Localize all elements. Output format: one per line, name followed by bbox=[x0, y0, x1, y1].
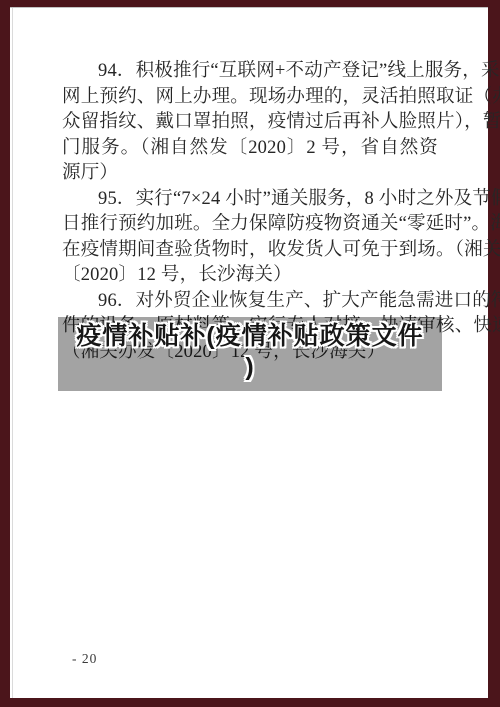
document-page: 94．积极推行“互联网+不动产登记”线上服务，采取网上预约、网上办理。现场办理的… bbox=[10, 7, 488, 698]
text-line: 众留指纹、戴口罩拍照，疫情过后再补人脸照片），暂缓上 bbox=[62, 110, 438, 136]
watermark-title-line2: ) bbox=[58, 352, 442, 383]
text-line: 在疫情期间查验货物时，收发货人可免于到场。（湘关办发 bbox=[62, 238, 438, 264]
watermark-title: 疫情补贴补(疫情补贴政策文件 ) bbox=[58, 321, 442, 383]
watermark-title-line1: 疫情补贴补(疫情补贴政策文件 bbox=[58, 321, 442, 352]
text-line: 日推行预约加班。全力保障防疫物资通关“零延时”。海关 bbox=[62, 212, 438, 238]
page-number: - 20 bbox=[72, 651, 97, 667]
text-line: 门服务。（湘自然发〔2020〕2 号，省自然资源厅） bbox=[62, 136, 438, 187]
text-line: 95．实行“7×24 小时”通关服务，8 小时之外及节假 bbox=[62, 187, 438, 213]
text-line: 〔2020〕12 号，长沙海关） bbox=[62, 263, 438, 289]
text-line: 96．对外贸企业恢复生产、扩大产能急需进口的符合条 bbox=[62, 289, 438, 315]
maroon-surround: 94．积极推行“互联网+不动产登记”线上服务，采取网上预约、网上办理。现场办理的… bbox=[0, 0, 500, 707]
watermark-title-band: 疫情补贴补(疫情补贴政策文件 ) bbox=[58, 317, 442, 391]
page-edge-line bbox=[12, 8, 13, 698]
text-line: 94．积极推行“互联网+不动产登记”线上服务，采取 bbox=[62, 59, 438, 85]
text-line: 网上预约、网上办理。现场办理的，灵活拍照取证（办事群 bbox=[62, 85, 438, 111]
